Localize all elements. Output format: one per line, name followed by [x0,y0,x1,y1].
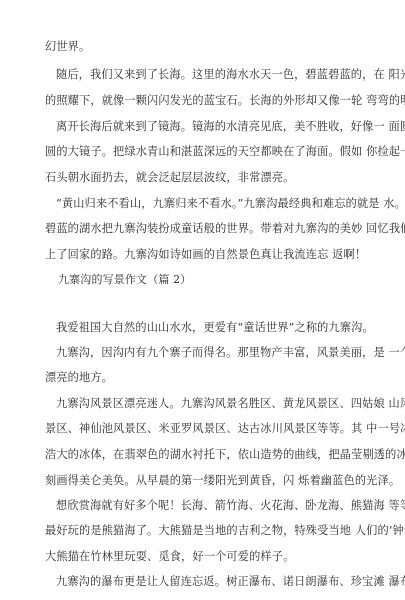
text-line-13: 漂亮的地方。 [45,371,363,385]
text-line-7: “黄山归来不看山，九寨归来不看水。”九寨沟最经典和难忘的就是 水。 [56,197,363,211]
text-line-9: 上了回家的路。九寨沟如诗如画的自然景色真让我流连忘 返啊！ [45,248,363,262]
text-line-17: 刻画得美仑美奂。从早晨的第一缕阳光到黄昏，闪 烁着幽蓝色的光泽。 [45,474,363,488]
text-line-8: 碧蓝的湖水把九寨沟装扮成童话般的世界。带着对九寨沟的美妙 回忆我们踏 [45,222,363,236]
text-line-14: 九寨沟风景区漂亮迷人。九寨沟风景名胜区、黄龙风景区、四姑娘 山风 [56,397,363,411]
text-line-2: 随后，我们又来到了长海。这里的海水水天一色，碧蓝碧蓝的，在 阳光 [56,68,363,82]
text-line-11: 我爱祖国大自然的山山水水，更爱有“童话世界”之称的九寨沟。 [56,321,363,335]
text-line-19: 最好玩的是熊猫海了。大熊猫是当地的吉利之物，特殊受当地 人们的’钟爱。 [45,524,363,538]
text-line-12: 九寨沟，因沟内有九个寨子而得名。那里物产丰富，风景美丽，是 一个 [56,346,363,360]
text-line-18: 想欣赏海就有好多个呢！长海、箭竹海、火花海、卧龙海、熊猫海 等等。 [56,499,363,513]
text-line-20: 大熊猫在竹林里玩耍、觅食，好一个可爱的样子。 [45,550,363,564]
text-line-5: 圆的大镜子。把绿水青山和湛蓝深远的天空都映在了海面。假如 你捡起一块 [45,145,363,159]
text-line-4: 离开长海后就来到了镜海。镜海的水清亮见底，美不胜收，好像一 面圆 [56,120,363,134]
text-line-3: 的照耀下，就像一颗闪闪发光的蓝宝石。长海的外形却又像一轮 弯弯的明月。 [45,94,363,108]
text-line-1: 幻世界。 [45,40,363,54]
section-heading: 九寨沟的写景作文（篇 2） [58,273,376,287]
document-page: 幻世界。 随后，我们又来到了长海。这里的海水水天一色，碧蓝碧蓝的，在 阳光 的照… [0,0,405,600]
text-line-15: 景区、神仙池风景区、米亚罗风景区、达古冰川风景区等等。其 中一号冰川， [45,422,363,436]
text-line-21: 九寨沟的瀑布更是让人留连忘返。树正瀑布、诺日朗瀑布、珍宝滩 瀑布 [56,575,363,589]
text-line-16: 浩大的冰体，在翡翠色的湖水衬托下，依山造势的曲线，把晶莹剔透的冰面 [45,448,363,462]
text-line-6: 石头朝水面扔去，就会泛起层层波纹，非常漂亮。 [45,171,363,185]
